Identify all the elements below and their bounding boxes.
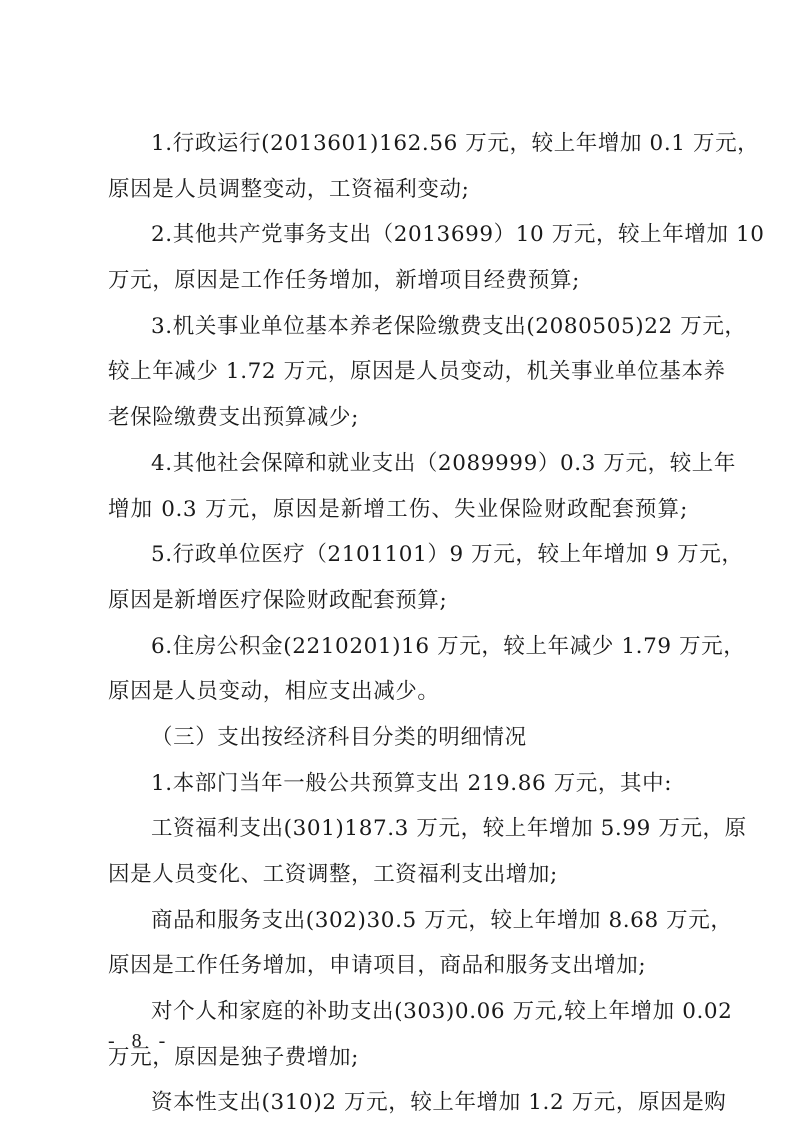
paragraph-line-12: 6.住房公积金(2210201)16 万元，较上年减少 1.79 万元， <box>108 624 688 670</box>
paragraph-line-6: 较上年减少 1.72 万元，原因是人员变动，机关事业单位基本养 <box>108 349 688 395</box>
paragraph-line-3: 2.其他共产党事务支出（2013699）10 万元，较上年增加 10 <box>108 212 688 258</box>
paragraph-line-5: 3.机关事业单位基本养老保险缴费支出(2080505)22 万元， <box>108 304 688 350</box>
paragraph-line-22: 资本性支出(310)2 万元，较上年增加 1.2 万元，原因是购 <box>108 1080 688 1122</box>
paragraph-line-2: 原因是人员调整变动，工资福利变动; <box>108 167 688 213</box>
paragraph-line-9: 增加 0.3 万元，原因是新增工伤、失业保险财政配套预算; <box>108 487 688 533</box>
paragraph-line-18: 商品和服务支出(302)30.5 万元，较上年增加 8.68 万元， <box>108 898 688 944</box>
paragraph-line-15: 1.本部门当年一般公共预算支出 219.86 万元，其中: <box>108 761 688 807</box>
section-heading: （三）支出按经济科目分类的明细情况 <box>108 715 688 761</box>
paragraph-line-1: 1.行政运行(2013601)162.56 万元，较上年增加 0.1 万元， <box>108 121 688 167</box>
paragraph-line-21: 万元，原因是独子费增加; <box>108 1035 688 1081</box>
paragraph-line-7: 老保险缴费支出预算减少; <box>108 395 688 441</box>
paragraph-line-4: 万元，原因是工作任务增加，新增项目经费预算; <box>108 258 688 304</box>
paragraph-line-16: 工资福利支出(301)187.3 万元，较上年增加 5.99 万元，原 <box>108 806 688 852</box>
paragraph-line-20: 对个人和家庭的补助支出(303)0.06 万元,较上年增加 0.02 <box>108 989 688 1035</box>
document-page: 1.行政运行(2013601)162.56 万元，较上年增加 0.1 万元， 原… <box>0 0 793 1122</box>
paragraph-line-8: 4.其他社会保障和就业支出（2089999）0.3 万元，较上年 <box>108 441 688 487</box>
page-number: - 8 - <box>108 1030 171 1053</box>
body-text: 1.行政运行(2013601)162.56 万元，较上年增加 0.1 万元， 原… <box>108 121 688 1122</box>
paragraph-line-13: 原因是人员变动，相应支出减少。 <box>108 669 688 715</box>
paragraph-line-10: 5.行政单位医疗（2101101）9 万元，较上年增加 9 万元， <box>108 532 688 578</box>
paragraph-line-17: 因是人员变化、工资调整，工资福利支出增加; <box>108 852 688 898</box>
paragraph-line-19: 原因是工作任务增加，申请项目，商品和服务支出增加; <box>108 943 688 989</box>
paragraph-line-11: 原因是新增医疗保险财政配套预算; <box>108 578 688 624</box>
